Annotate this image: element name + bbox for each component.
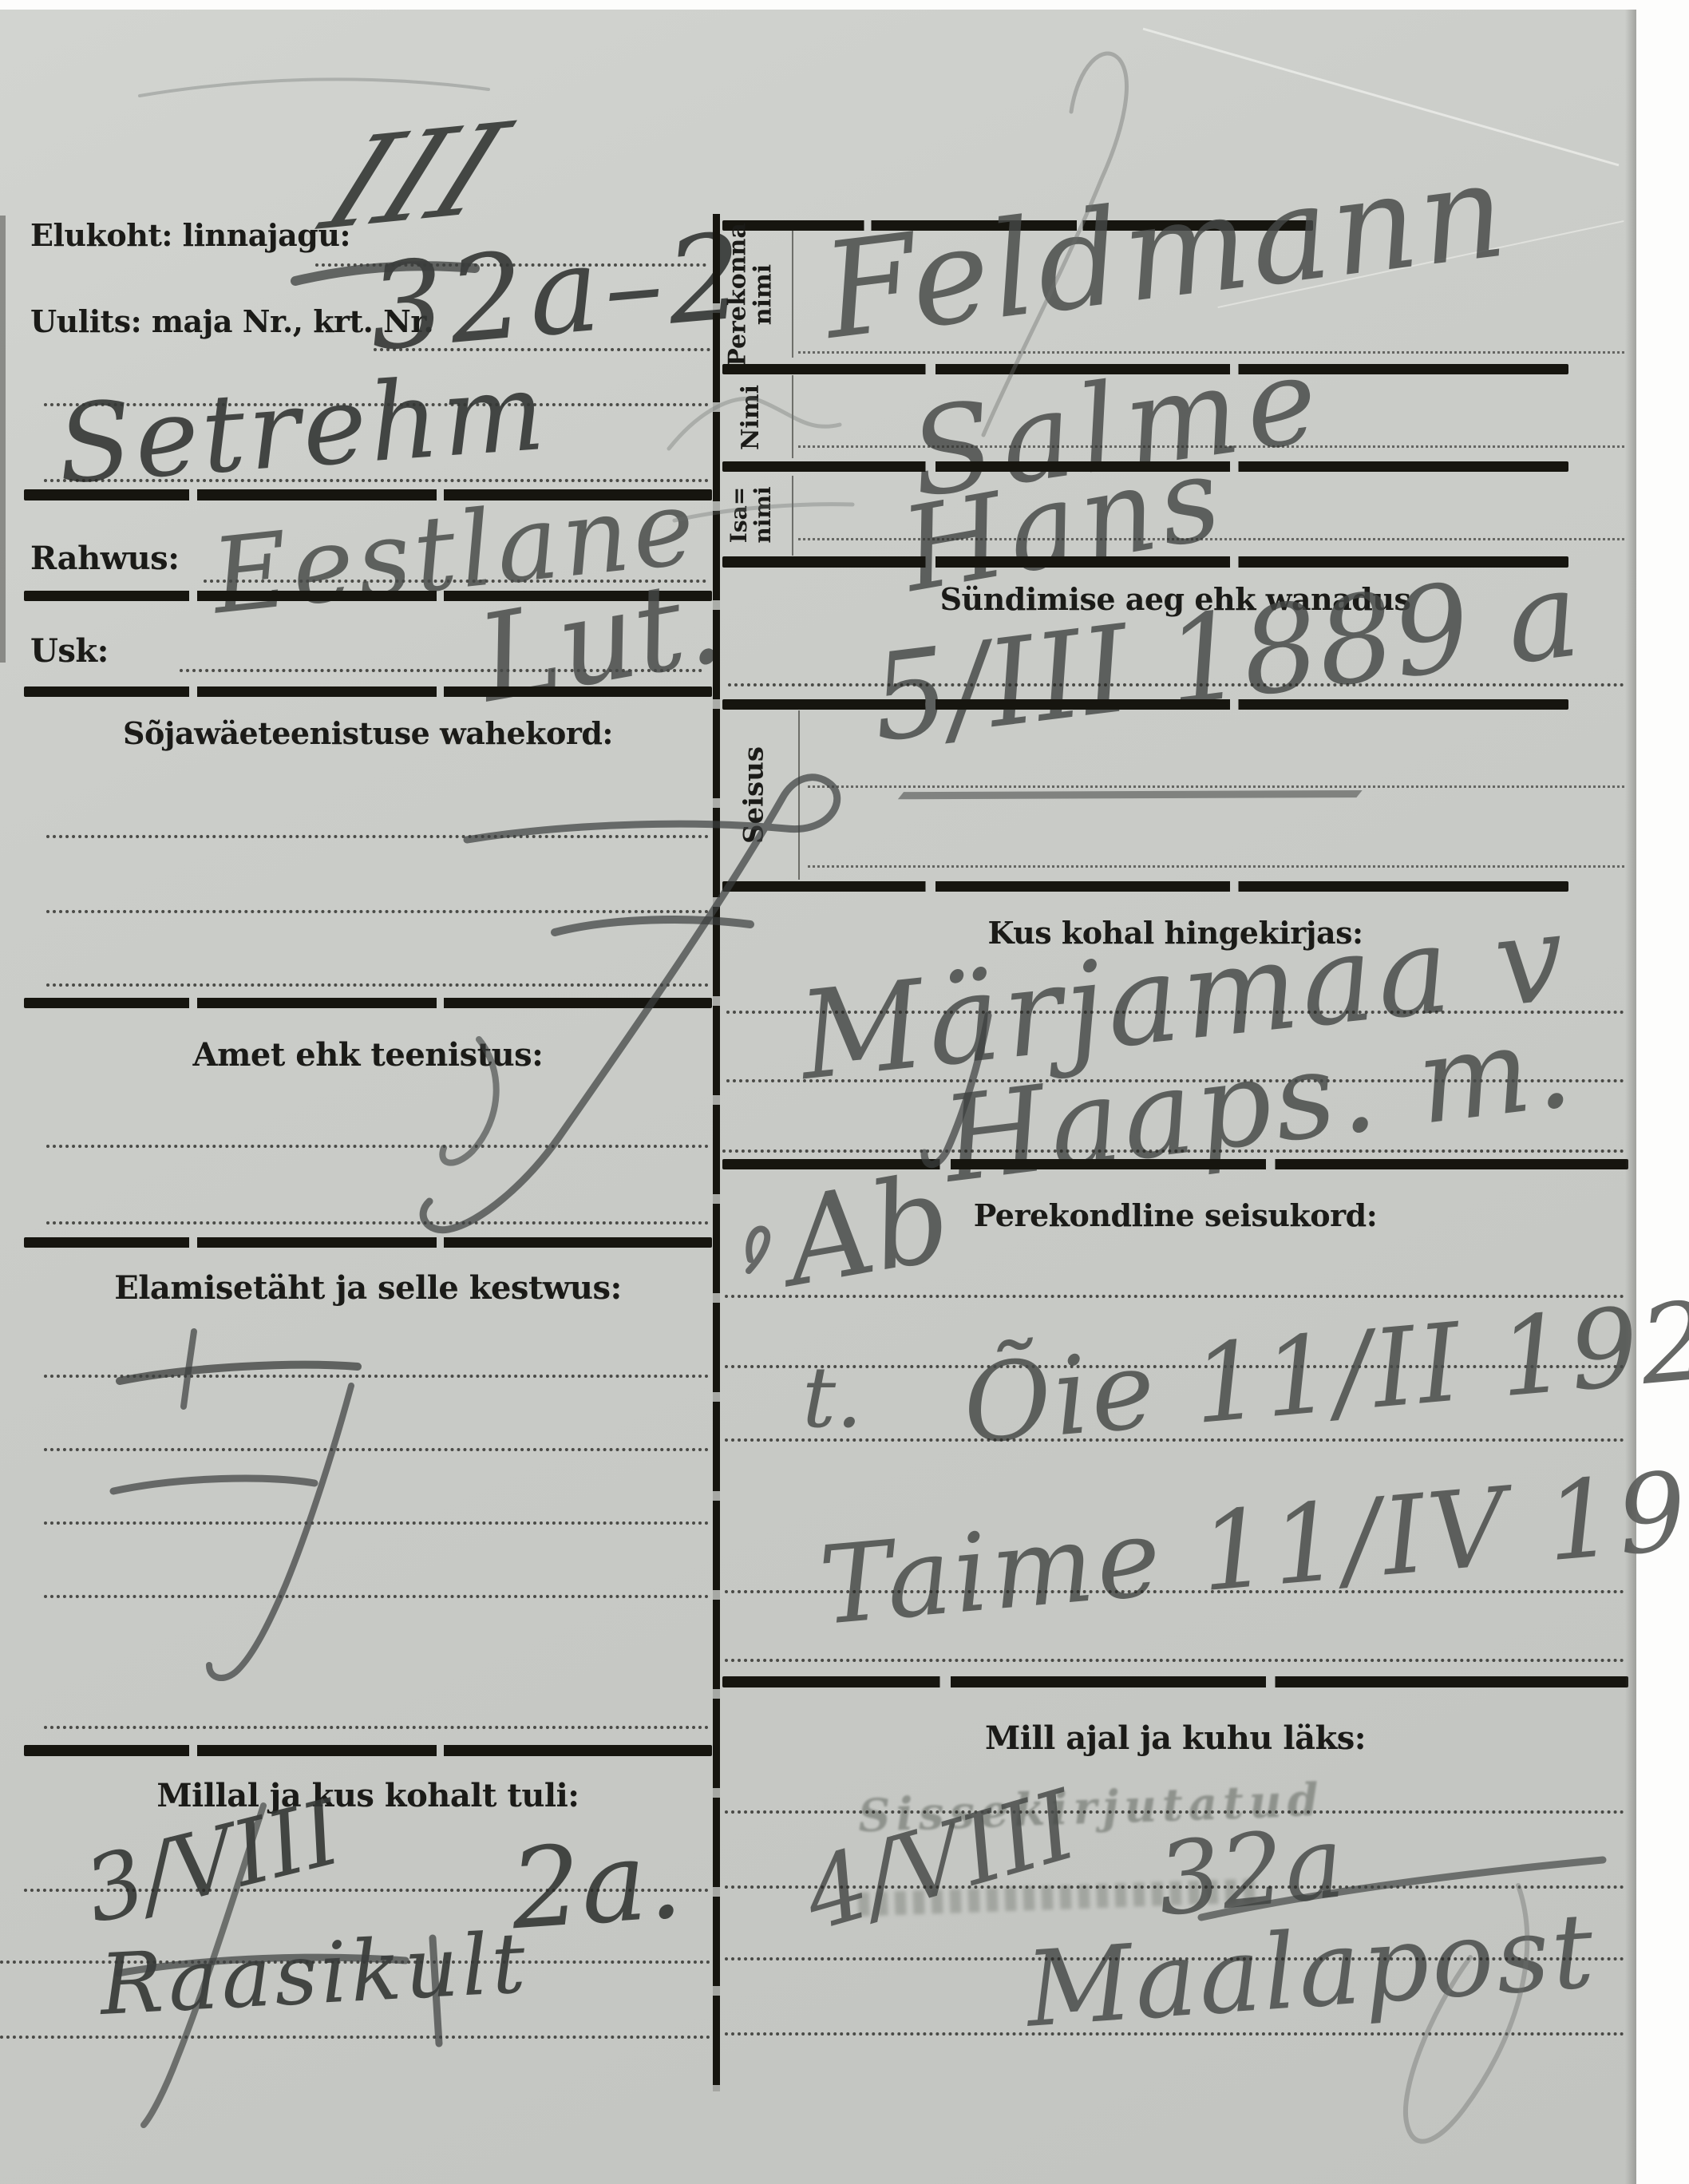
pencil-scribble-mark — [669, 399, 840, 449]
pencil-line-mark — [674, 504, 852, 520]
pencil-arc-mark — [140, 79, 489, 96]
scanned-registration-card: Elukoht: linnajagu: III Uulits: maja Nr.… — [0, 0, 1689, 2184]
family-status-flourish — [749, 1229, 767, 1271]
handwriting-flourishes-layer — [0, 0, 1689, 2184]
underline-flourish — [295, 266, 475, 281]
military-field-flourish — [423, 777, 837, 1230]
permit-field-dash — [113, 1478, 314, 1491]
permit-field-flourish — [209, 1386, 351, 1678]
arrival-place-cross — [433, 1938, 439, 2044]
permit-field-dash — [120, 1365, 358, 1381]
paper-edge-shadow — [1625, 10, 1636, 2184]
departure-sweep-stroke — [1201, 1860, 1603, 1917]
occupation-field-flourish — [442, 1039, 496, 1163]
pencil-flourish-mark — [1406, 1885, 1527, 2142]
pencil-loop-mark — [983, 53, 1126, 435]
arrival-place-strikethrough — [118, 1957, 405, 1973]
register-descender-stroke — [924, 1015, 988, 1165]
military-field-dash — [555, 920, 750, 932]
